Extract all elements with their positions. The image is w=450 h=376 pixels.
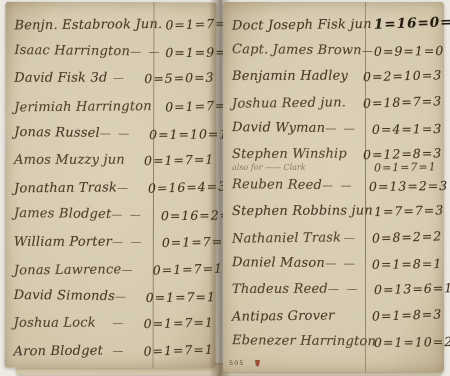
entry-amount: 0=1=10=2 — [365, 334, 450, 350]
entry-amount: 0=9=1=0 — [365, 43, 444, 59]
ledger-row: Benjamin Hadley 0=2=10=3 — [232, 62, 442, 89]
ledger-page-left: Benjn. Estabrook Jun. 0=1=7=1 Isaac Harr… — [5, 2, 217, 369]
entry-name-area: Stephen Winship — [232, 147, 354, 163]
entry-dash: — — — [112, 235, 150, 248]
entry-amount: 0=1=8=3 — [363, 306, 443, 324]
entry-name: Benjamin Hadley — [232, 68, 348, 84]
entry-name: Amos Muzzy jun — [14, 153, 125, 168]
entry-name-area: Jonas Russel— — — [14, 125, 137, 141]
ledger-row: Jonas Russel— — 0=1=10=1 — [14, 119, 214, 148]
ledger-row: David Simonds— 0=1=7=1 — [14, 282, 214, 311]
entry-name-area: Nathaniel Trask— — [232, 229, 363, 246]
entry-name: Isaac Harrington — [14, 43, 130, 59]
ledger-row: Doct Joseph Fisk jun 1=16=0=2 — [232, 10, 442, 39]
entry-name-area: Benjamin Hadley — [232, 68, 354, 84]
ledger-row: David Fisk 3d— 0=5=0=3 — [14, 65, 214, 93]
entry-amount: 1=7=7=3 — [365, 202, 445, 219]
entry-dash: — — — [328, 282, 366, 295]
ledger-row: Aron Blodget— 0=1=7=1 — [13, 337, 213, 366]
entry-dash: — — [112, 317, 131, 330]
ledger-page-right: Doct Joseph Fisk jun 1=16=0=2 Capt. Jame… — [223, 2, 444, 372]
entry-name: David Simonds — [14, 288, 115, 304]
entry-name: David Fisk 3d — [14, 71, 107, 86]
entry-name-area: William Porter— — — [14, 234, 150, 249]
ledger-row: Isaac Harrington— — 0=1=9=0 — [14, 37, 214, 66]
entry-dash: — — — [325, 256, 363, 269]
entry-amount: 0=13=6=1 — [365, 280, 450, 297]
entry-amount: 0=1=7=1 — [132, 152, 215, 169]
entry-name-area: Antipas Grover — [232, 308, 363, 325]
entry-name: Aron Blodget — [14, 344, 104, 360]
entry-amount: 0=5=0=3 — [132, 70, 215, 87]
entry-amount: 0=18=7=3 — [354, 93, 443, 111]
entry-name-area: Benjn. Estabrook Jun. — [14, 17, 153, 33]
entry-amount: 0=1=8=1 — [363, 255, 442, 271]
entry-name-area: Doct Joseph Fisk jun — [232, 17, 365, 34]
ledger-rows-left: Benjn. Estabrook Jun. 0=1=7=1 Isaac Harr… — [5, 2, 217, 365]
entry-name: Jonathan Trask — [14, 181, 117, 197]
entry-name-area: David Fisk 3d— — [14, 71, 132, 86]
entry-name: Thadeus Reed — [232, 281, 328, 296]
entry-amount: 0=1=7=1 — [131, 315, 214, 332]
ledger-rows-right: Doct Joseph Fisk jun 1=16=0=2 Capt. Jame… — [223, 2, 444, 354]
entry-name: Daniel Mason — [232, 255, 325, 271]
entry-dash: — — — [111, 208, 149, 221]
entry-name: James Blodget — [14, 206, 112, 222]
entry-name: Stephen Winship — [232, 147, 347, 163]
ledger-row: Joshua Reed jun. 0=18=7=3 — [232, 88, 442, 117]
entry-name: Doct Joseph Fisk jun — [232, 17, 372, 34]
entry-name: Stephen Robbins jun — [232, 203, 373, 219]
entry-name-area: Thadeus Reed— — — [232, 281, 365, 297]
entry-dash: — — [115, 290, 134, 303]
entry-name: Joshua Lock — [14, 316, 96, 331]
ledger-row: Amos Muzzy jun 0=1=7=1 — [14, 146, 214, 174]
ledger-row: Jonas Lawrence— 0=1=7=1 — [14, 255, 214, 284]
entry-amount: 0=13=2=3 — [359, 177, 447, 193]
entry-name: Ebenezer Harrington — [232, 333, 376, 349]
entry-name-area: Stephen Robbins jun — [232, 203, 365, 219]
ledger-row: James Blodget— — 0=16=2=0 — [14, 200, 214, 229]
entry-name: Nathaniel Trask — [232, 230, 341, 246]
entry-amount: 1=16=0=2 — [365, 14, 450, 33]
entry-dash: — — [344, 230, 363, 243]
entry-name: William Porter — [14, 234, 112, 249]
entry-name: David Wyman — [232, 120, 325, 136]
ledger-row: William Porter— — 0=1=7=1 — [14, 228, 214, 256]
entry-dash: — — [113, 72, 132, 85]
entry-dash: — — [121, 263, 140, 276]
entry-name: Joshua Reed jun. — [232, 95, 346, 111]
entry-name-area: Reuben Reed— — — [232, 176, 360, 192]
ledger-row: Stephen Robbins jun 1=7=7=3 — [232, 197, 442, 224]
ledger-row: Joshua Lock— 0=1=7=1 — [14, 309, 214, 337]
red-ink-mark-icon — [255, 360, 260, 367]
entry-dash: — — [117, 181, 136, 194]
entry-name-area: James Blodget— — — [14, 206, 149, 222]
entry-amount: 0=1=7=1 — [134, 289, 216, 305]
entry-name-area: Capt. James Brown— — [232, 42, 365, 58]
entry-dash: — — [112, 345, 131, 358]
entry-name-area: Jonathan Trask— — [14, 180, 136, 196]
ledger-row: Jerimiah Harrington 0=1=7=1 — [14, 92, 214, 121]
entry-amount: 0=1=7=1 — [131, 342, 214, 360]
ledger-row: Antipas Grover 0=1=8=3 — [232, 301, 442, 330]
ledger-row: Daniel Mason— — 0=1=8=1 — [232, 249, 442, 277]
entry-name-area: Aron Blodget— — [14, 344, 132, 360]
entry-name: Reuben Reed — [232, 176, 322, 192]
entry-name-area: David Simonds— — [14, 288, 134, 304]
entry-dash: — — — [322, 178, 360, 191]
entry-name-area: Jonas Lawrence— — [14, 262, 141, 278]
entry-amount: 0=2=10=3 — [354, 67, 443, 84]
entry-name-area: Joshua Lock— — [14, 316, 132, 331]
entry-name: Jonas Russel — [14, 125, 100, 141]
entry-amount: 0=4=1=3 — [363, 121, 442, 137]
entry-name-area: Amos Muzzy jun — [14, 153, 132, 168]
entry-name-area: Ebenezer Harrington — [232, 333, 365, 349]
ledger-row: David Wyman— — 0=4=1=3 — [232, 115, 442, 143]
entry-dash: — — — [100, 127, 138, 140]
entry-amount: 0=8=2=2 — [363, 228, 443, 246]
scanned-ledger-photo: Benjn. Estabrook Jun. 0=1=7=1 Isaac Harr… — [0, 0, 450, 376]
entry-name: Jonas Lawrence — [14, 262, 122, 278]
entry-name-area: Daniel Mason— — — [232, 255, 363, 271]
ledger-row: Ebenezer Harrington 0=1=10=2 — [232, 327, 442, 355]
entry-name: Antipas Grover — [232, 308, 335, 324]
entry-name-area: David Wyman— — — [232, 120, 363, 136]
entry-name-area: Isaac Harrington— — — [14, 43, 153, 59]
ledger-row: Capt. James Brown— 0=9=1=0 — [232, 36, 442, 64]
entry-name: Jerimiah Harrington — [14, 99, 152, 115]
entry-name: Benjn. Estabrook Jun. — [14, 17, 162, 33]
ledger-row: Benjn. Estabrook Jun. 0=1=7=1 — [14, 10, 214, 39]
ledger-row: Thadeus Reed— — 0=13=6=1 — [232, 275, 442, 302]
ledger-row: Nathaniel Trask— 0=8=2=2 — [232, 223, 442, 252]
ledger-row: Jonathan Trask— 0=16=4=3 — [14, 174, 214, 203]
entry-name-area: Joshua Reed jun. — [232, 95, 354, 111]
page-number: 505 — [229, 359, 244, 367]
entry-name: Capt. James Brown — [232, 42, 362, 58]
ledger-row: Reuben Reed— — 0=13=2=3 — [232, 171, 442, 199]
entry-dash: — — — [325, 122, 363, 135]
entry-name-area: Jerimiah Harrington — [14, 99, 153, 115]
